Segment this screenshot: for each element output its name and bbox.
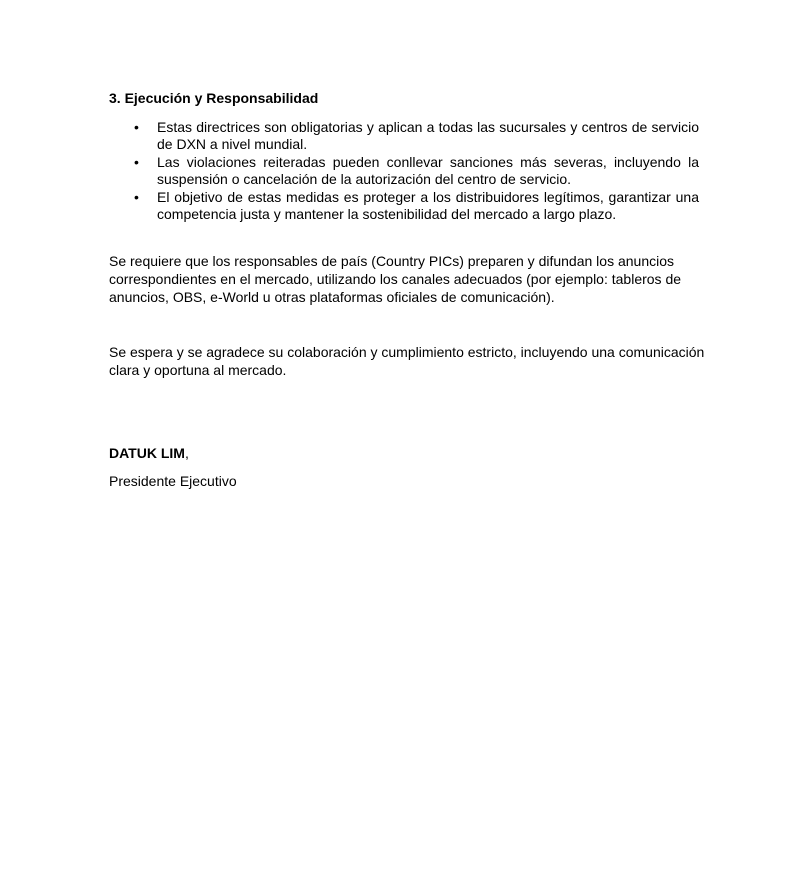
bullet-icon: • xyxy=(134,189,139,206)
bullet-icon: • xyxy=(134,119,139,136)
bullet-list: • Estas directrices son obligatorias y a… xyxy=(109,119,699,224)
document-page: 3. Ejecución y Responsabilidad • Estas d… xyxy=(0,0,811,877)
list-item: • Estas directrices son obligatorias y a… xyxy=(109,119,699,153)
bullet-text: El objetivo de estas medidas es proteger… xyxy=(157,189,699,222)
signature-name-suffix: , xyxy=(185,445,189,461)
signature-name: DATUK LIM, xyxy=(109,444,189,462)
list-item: • Las violaciones reiteradas pueden conl… xyxy=(109,154,699,188)
section-heading: 3. Ejecución y Responsabilidad xyxy=(109,89,318,107)
signature-name-text: DATUK LIM xyxy=(109,445,185,461)
bullet-icon: • xyxy=(134,154,139,171)
list-item: • El objetivo de estas medidas es proteg… xyxy=(109,189,699,223)
signature-title: Presidente Ejecutivo xyxy=(109,472,237,490)
bullet-text: Las violaciones reiteradas pueden conlle… xyxy=(157,154,699,187)
bullet-text: Estas directrices son obligatorias y apl… xyxy=(157,119,699,152)
paragraph-country-pics: Se requiere que los responsables de país… xyxy=(109,252,709,306)
paragraph-cooperation: Se espera y se agradece su colaboración … xyxy=(109,343,709,379)
